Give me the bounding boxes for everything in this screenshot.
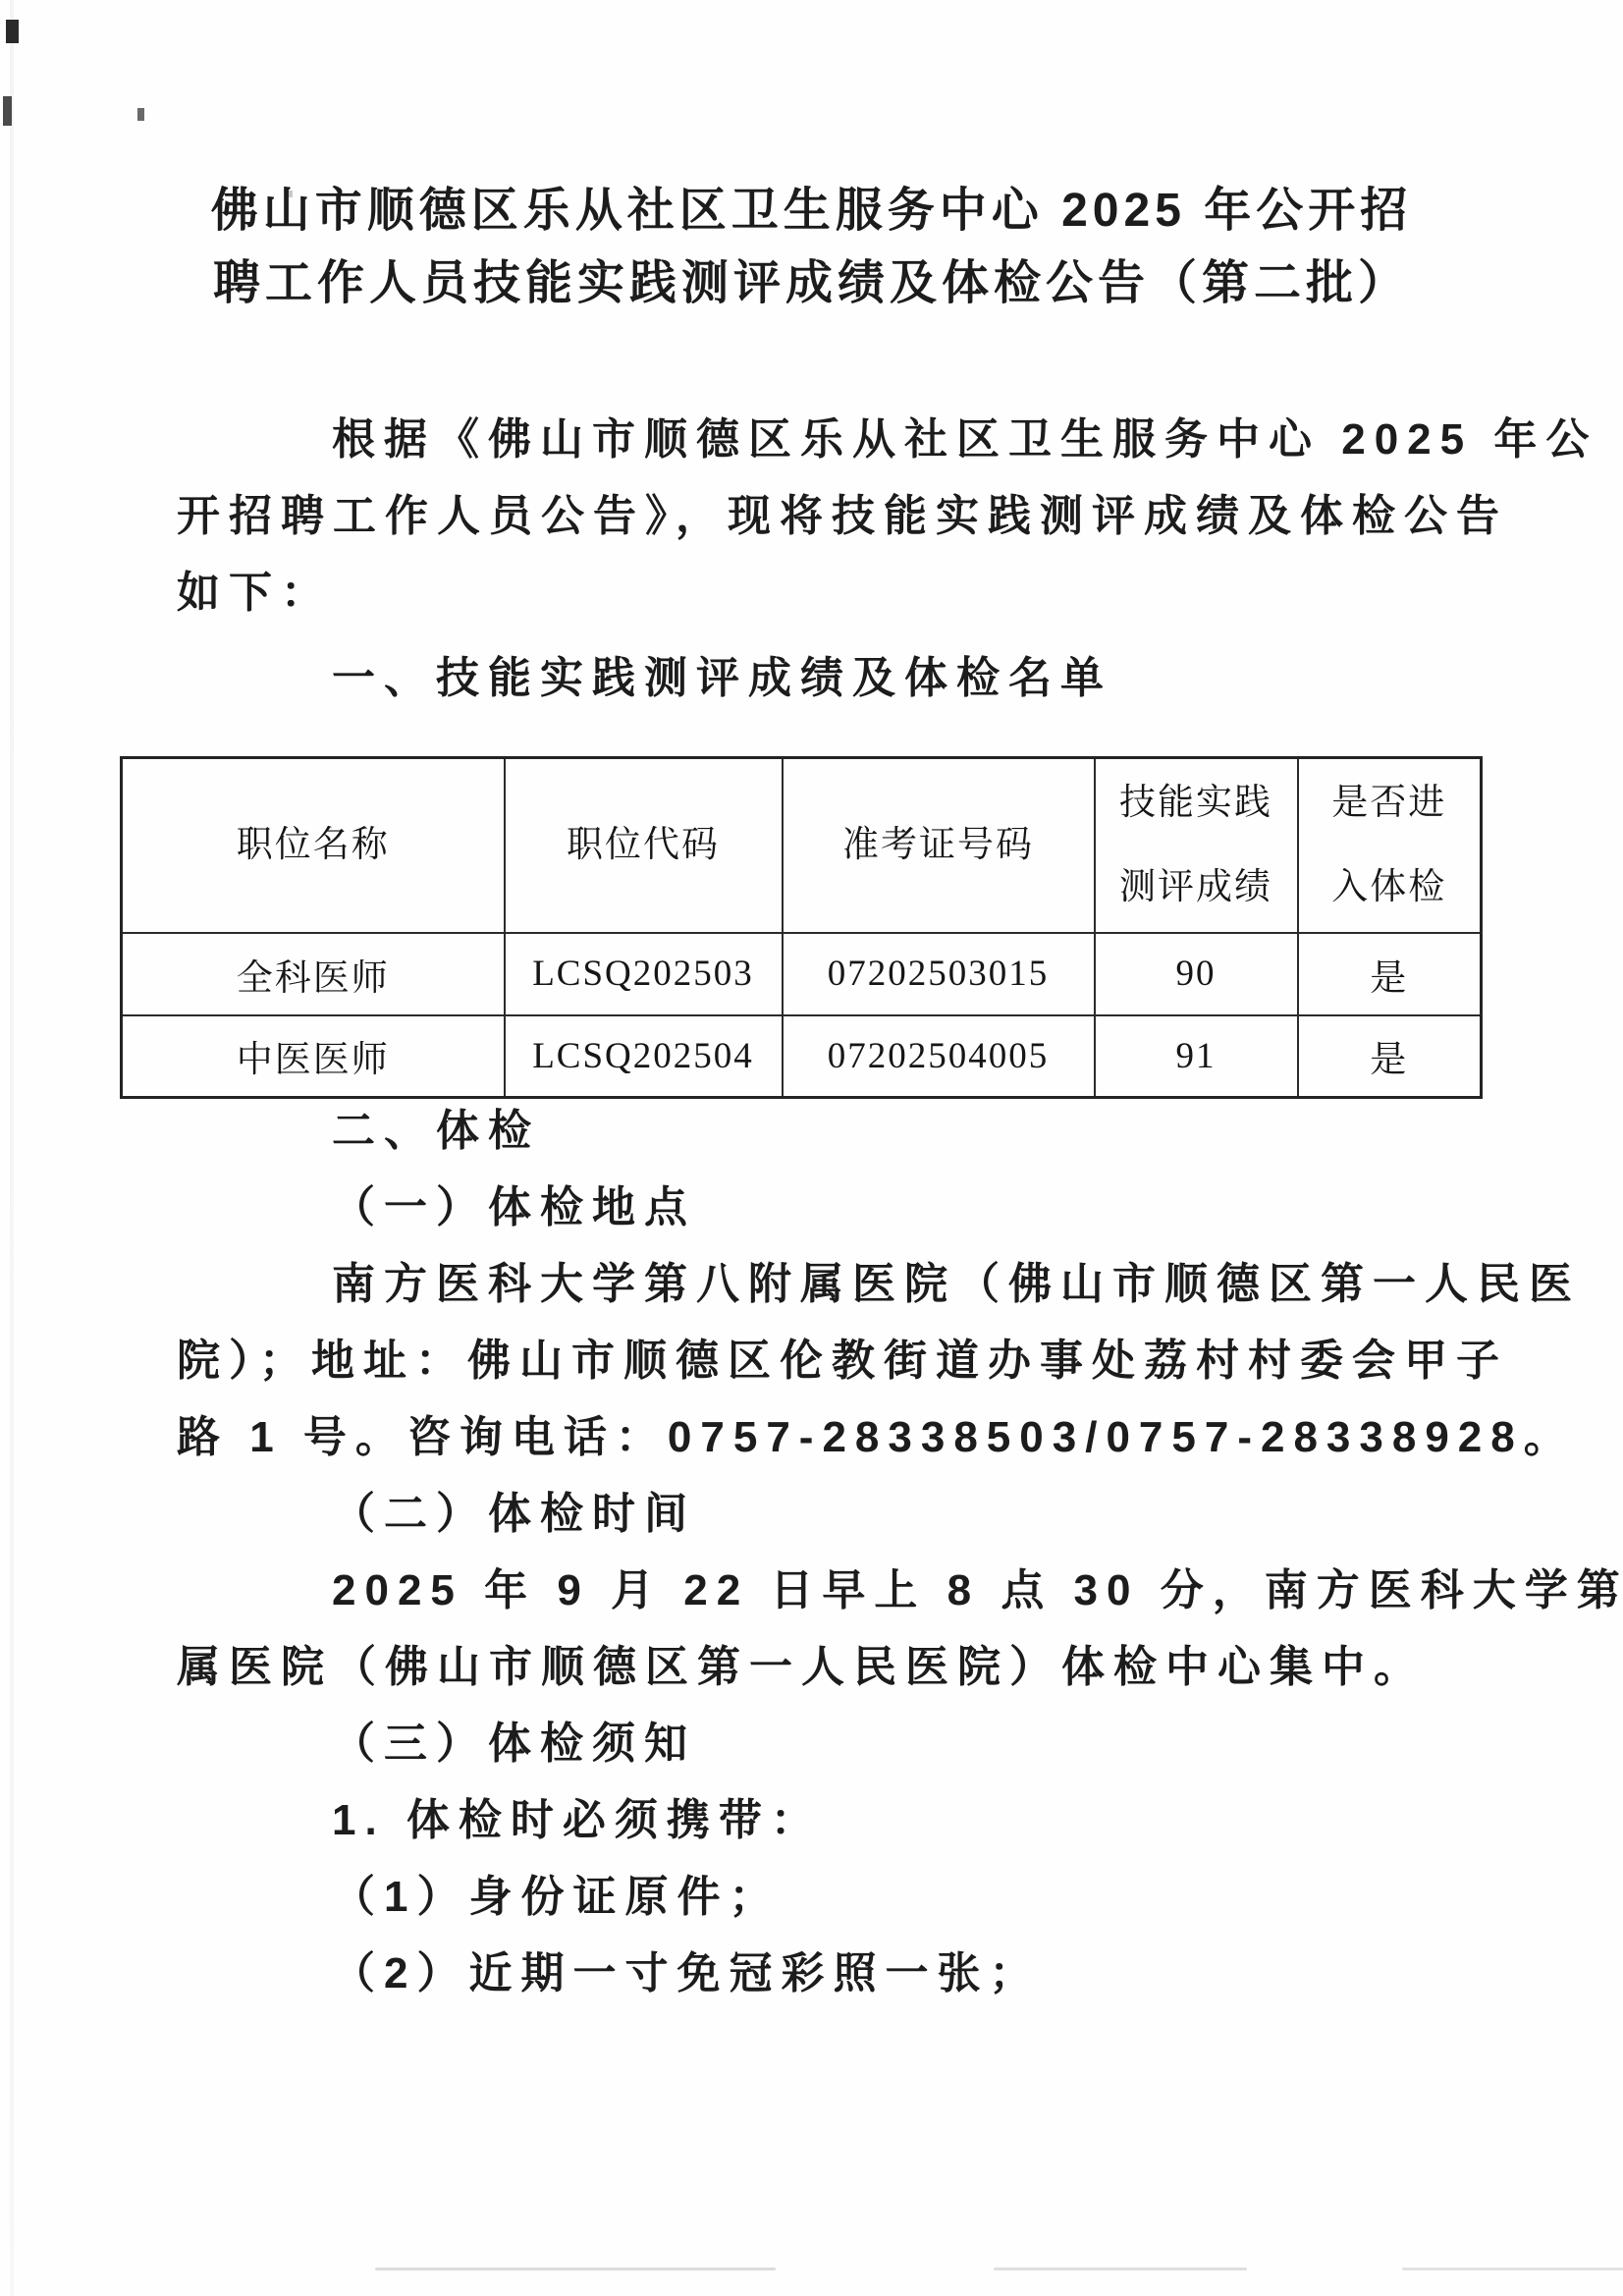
- paragraph-line: 院）；地址：佛山市顺德区伦教街道办事处荔村村委会甲子: [177, 1323, 1463, 1399]
- scan-artifact-line: [1402, 2268, 1623, 2270]
- list-item: 1. 体检时必须携带：: [177, 1782, 1463, 1859]
- scanned-announcement-page: 佛山市顺德区乐从社区卫生服务中心 2025 年公开招 聘工作人员技能实践测评成绩…: [0, 0, 1623, 2296]
- section-heading-text: 二、体检: [177, 1093, 1463, 1170]
- cell-enter-physical: 是: [1298, 933, 1482, 1015]
- table-header-row: 职位名称 职位代码 准考证号码 技能实践 测评成绩 是否进 入体检: [122, 758, 1482, 933]
- list-item: （1）身份证原件；: [177, 1859, 1463, 1936]
- cell-admission-ticket: 07202504005: [783, 1015, 1095, 1098]
- document-title-line: 佛山市顺德区乐从社区卫生服务中心 2025 年公开招: [118, 175, 1505, 247]
- list-item: （2）近期一寸免冠彩照一张；: [177, 1936, 1463, 2012]
- document-title-line: 聘工作人员技能实践测评成绩及体检公告（第二批）: [118, 247, 1505, 320]
- cell-position-name: 全科医师: [122, 933, 505, 1015]
- subsection-heading-notes: （三）体检须知: [177, 1706, 1463, 1782]
- cell-admission-ticket: 07202503015: [783, 933, 1095, 1015]
- cell-position-name: 中医医师: [122, 1015, 505, 1098]
- paragraph-line: 路 1 号。咨询电话：0757-28338503/0757-28338928。: [177, 1399, 1463, 1476]
- header-cell-enter-physical: 是否进 入体检: [1298, 758, 1482, 933]
- paragraph-line: 属医院（佛山市顺德区第一人民医院）体检中心集中。: [177, 1629, 1463, 1706]
- header-cell-text: 职位代码: [506, 803, 782, 888]
- cell-enter-physical: 是: [1298, 1015, 1482, 1098]
- cell-skill-score: 91: [1095, 1015, 1298, 1098]
- cell-skill-score: 90: [1095, 933, 1298, 1015]
- header-cell-text: 入体检: [1299, 846, 1481, 930]
- scan-artifact-line: [994, 2268, 1247, 2270]
- scan-artifact-speck: [137, 108, 144, 121]
- results-table: 职位名称 职位代码 准考证号码 技能实践 测评成绩 是否进 入体检 全科医: [120, 756, 1483, 1099]
- table-row: 中医医师 LCSQ202504 07202504005 91 是: [122, 1015, 1482, 1098]
- header-cell-text: 技能实践: [1096, 761, 1297, 846]
- header-cell-admission-ticket: 准考证号码: [783, 758, 1095, 933]
- header-cell-text: 测评成绩: [1096, 846, 1297, 930]
- paragraph-line: 根据《佛山市顺德区乐从社区卫生服务中心 2025 年公: [177, 402, 1463, 478]
- cell-position-code: LCSQ202503: [505, 933, 783, 1015]
- section-physical-exam: 二、体检 （一）体检地点 南方医科大学第八附属医院（佛山市顺德区第一人民医 院）…: [177, 1093, 1463, 2012]
- paragraph-line: 南方医科大学第八附属医院（佛山市顺德区第一人民医: [177, 1246, 1463, 1323]
- header-cell-position-name: 职位名称: [122, 758, 505, 933]
- paragraph-line: 如下：: [177, 555, 1463, 631]
- header-cell-skill-score: 技能实践 测评成绩: [1095, 758, 1298, 933]
- scan-artifact-speck: [6, 20, 19, 43]
- cell-position-code: LCSQ202504: [505, 1015, 783, 1098]
- header-cell-text: 是否进: [1299, 761, 1481, 846]
- paragraph-line: 开招聘工作人员公告》，现将技能实践测评成绩及体检公告: [177, 478, 1463, 555]
- section-heading-text: 一、技能实践测评成绩及体检名单: [177, 640, 1463, 717]
- scan-artifact-speck: [3, 96, 12, 126]
- header-cell-text: 职位名称: [123, 803, 504, 888]
- subsection-heading-time: （二）体检时间: [177, 1476, 1463, 1553]
- intro-paragraph: 根据《佛山市顺德区乐从社区卫生服务中心 2025 年公 开招聘工作人员公告》，现…: [177, 402, 1463, 631]
- document-title: 佛山市顺德区乐从社区卫生服务中心 2025 年公开招 聘工作人员技能实践测评成绩…: [118, 175, 1505, 320]
- subsection-heading-location: （一）体检地点: [177, 1170, 1463, 1246]
- header-cell-text: 准考证号码: [784, 803, 1094, 888]
- paragraph-line: 2025 年 9 月 22 日早上 8 点 30 分，南方医科大学第八附: [177, 1553, 1463, 1629]
- scan-artifact-line: [375, 2268, 776, 2270]
- table-row: 全科医师 LCSQ202503 07202503015 90 是: [122, 933, 1482, 1015]
- section-heading-results-list: 一、技能实践测评成绩及体检名单: [177, 640, 1463, 717]
- header-cell-position-code: 职位代码: [505, 758, 783, 933]
